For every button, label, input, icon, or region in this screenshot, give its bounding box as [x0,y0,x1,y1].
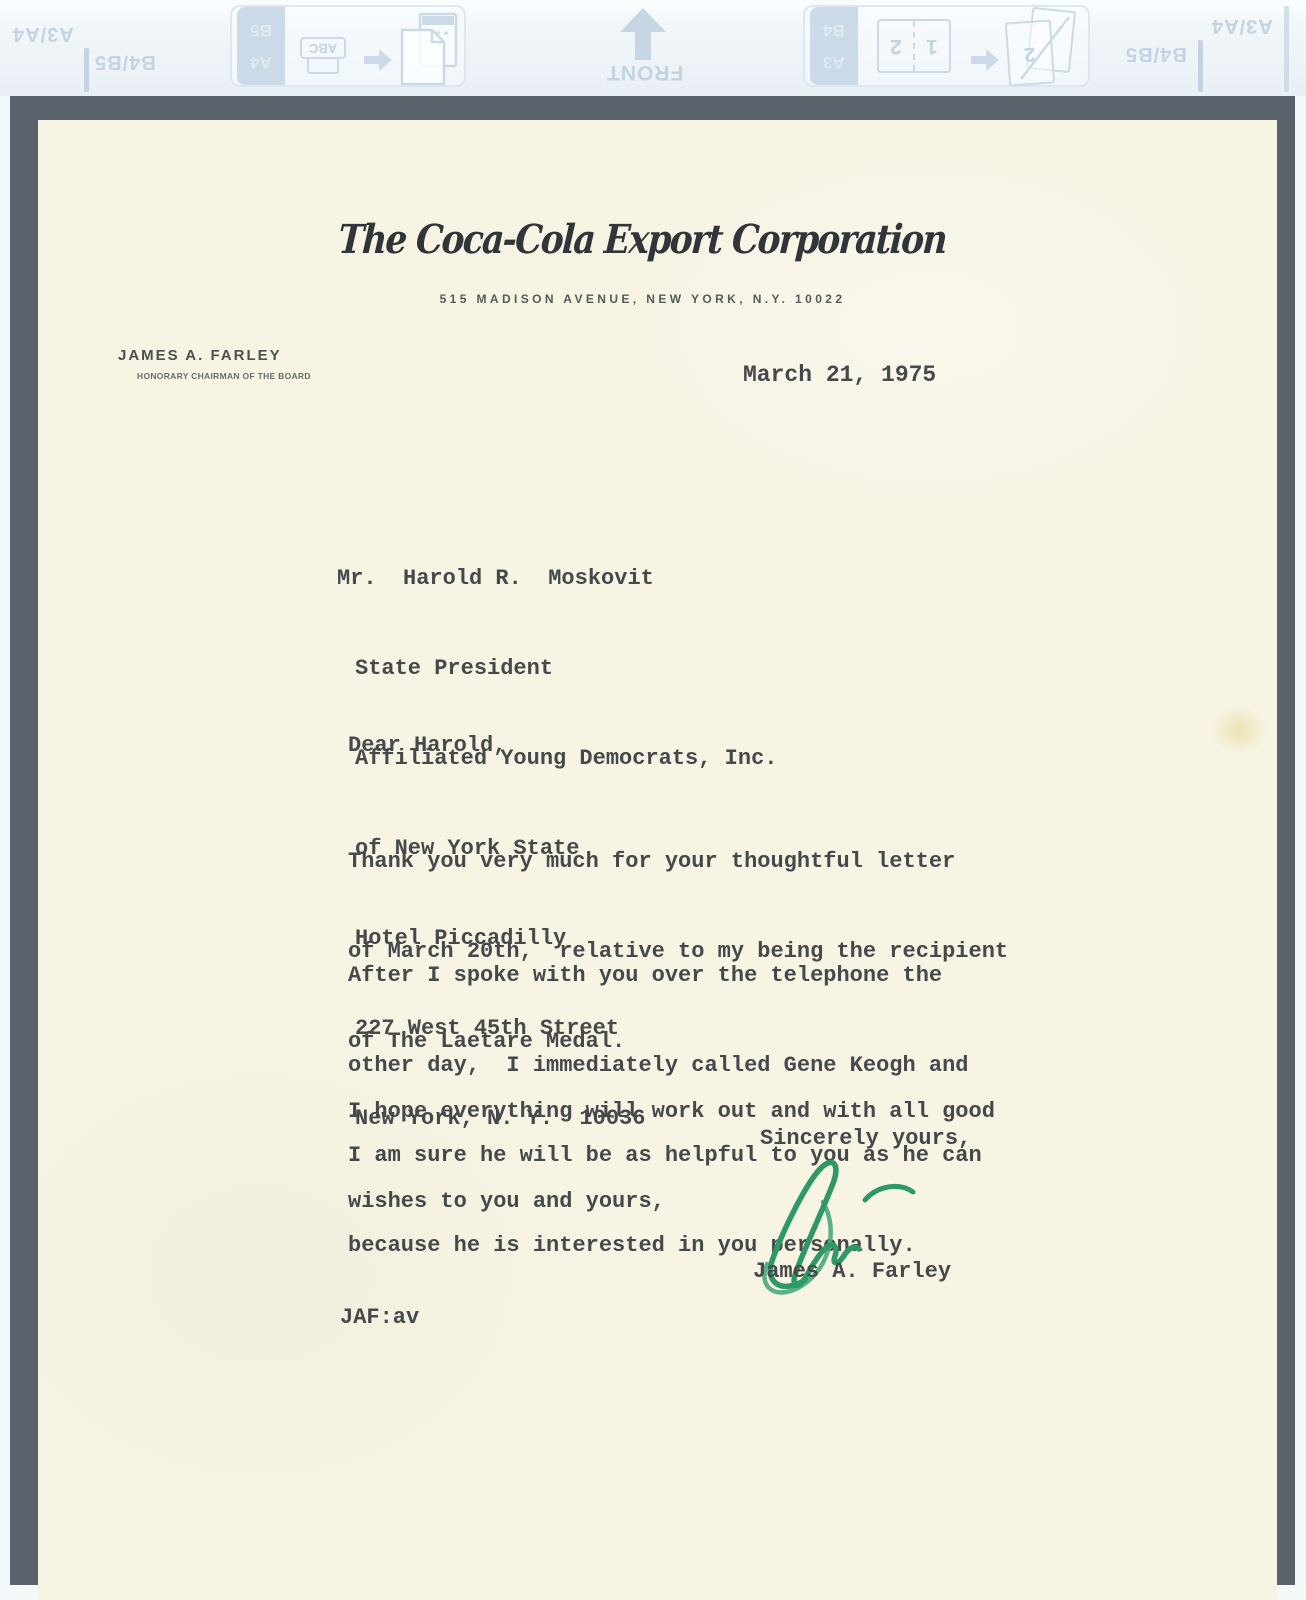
size-mark-bar-right [1198,40,1203,92]
body-line: I hope everything will work out and with… [348,1097,995,1127]
paper-size-label-b4b5-left: B4/B5 [94,50,156,73]
salutation: Dear Harold, [348,731,506,761]
scanner-pictogram-copy-panel: B5 A4 ABC [230,5,466,87]
abc-original-icon: ABC [300,37,346,74]
size-mark-bar-left [84,48,89,92]
signed-name: James A. Farley [753,1257,951,1287]
front-arrow-up-icon [618,8,668,60]
letterhead-address: 515 MADISON AVENUE, NEW YORK, N.Y. 10022 [38,292,1247,306]
scanner-pictogram-duplex-panel: B4 A3 2 1 2 [803,5,1090,87]
recipient-line: State President [337,654,777,684]
duplex-pages-icon: 2 [1003,9,1083,89]
arrow-right-icon [971,49,1001,71]
arrow-right-icon [364,49,394,71]
paper-size-label-b4b5-right: B4/B5 [1125,42,1187,65]
size-tab-b4-label: B4 [823,20,845,40]
front-label: FRONT [600,60,690,84]
body-line: Thank you very much for your thoughtful … [348,847,1008,877]
company-logo-script: The Coca-Cola Export Corporation [38,216,1247,263]
letter-document: The Coca-Cola Export Corporation 515 MAD… [38,120,1277,1600]
size-tab-b4-a3: B4 A3 [810,7,858,85]
scanned-letter-page: A3/A4 B4/B5 B5 A4 ABC [0,0,1306,1600]
size-tab-a4-label: A4 [250,52,272,72]
typist-initials: JAF:av [340,1303,419,1333]
glass-edge-line [1284,6,1289,92]
document-stack-icon [398,12,460,86]
split-page-1-2-icon: 2 1 [877,19,951,73]
size-tab-b5-a4: B5 A4 [237,7,285,85]
scanner-glass-strip: A3/A4 B4/B5 B5 A4 ABC [0,0,1306,96]
body-line: After I spoke with you over the telephon… [348,961,982,991]
size-tab-b5-label: B5 [250,20,272,40]
size-tab-a3-label: A3 [823,52,845,72]
officer-title: HONORARY CHAIRMAN OF THE BOARD [137,371,311,381]
paper-stain [1210,705,1268,755]
paper-size-label-a3a4-right: A3/A4 [1211,14,1273,37]
recipient-line: Mr. Harold R. Moskovit [337,564,777,594]
officer-name: JAMES A. FARLEY [118,347,282,364]
paper-size-label-a3a4-left: A3/A4 [12,22,74,45]
date-line: March 21, 1975 [743,360,936,390]
